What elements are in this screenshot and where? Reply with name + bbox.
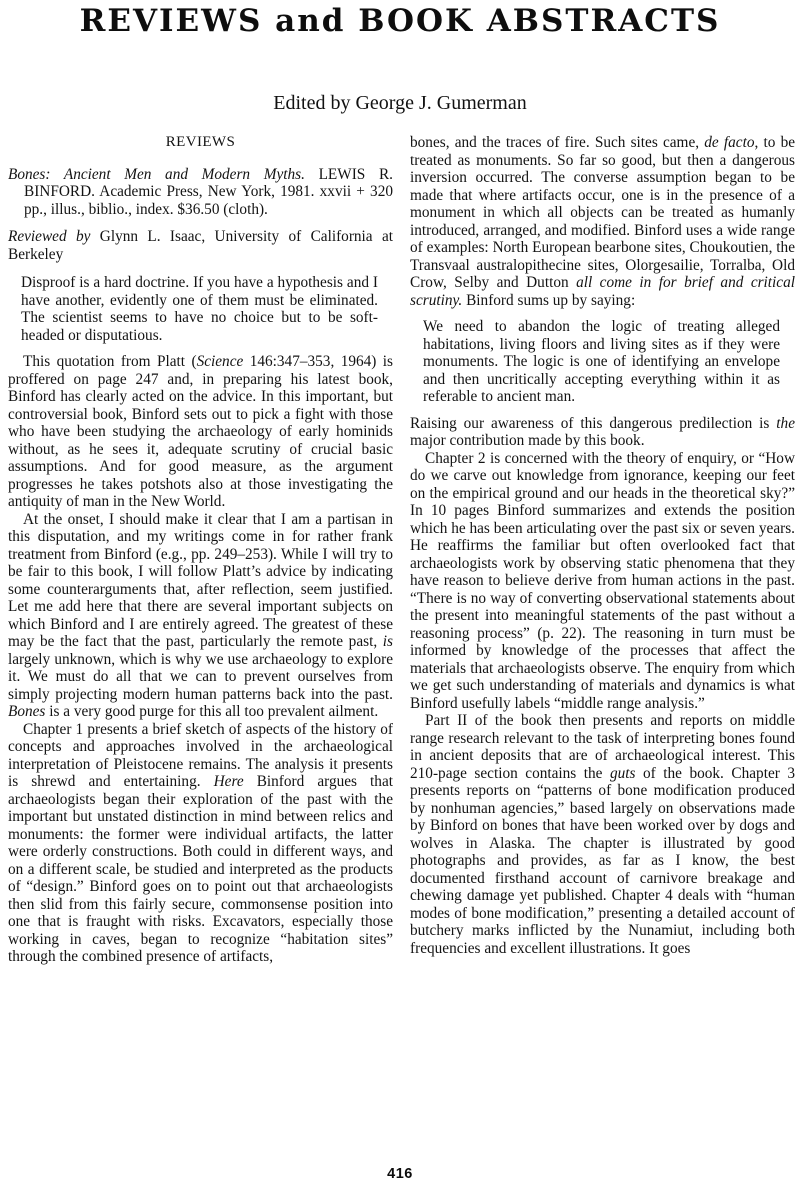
page-title: REVIEWS and BOOK ABSTRACTS [0,0,800,39]
right-column: bones, and the traces of fire. Such site… [410,134,795,966]
left-column: REVIEWS Bones: Ancient Men and Modern My… [8,134,393,966]
journal-page: REVIEWS and BOOK ABSTRACTS Edited by Geo… [0,0,800,1187]
review-paragraph: Chapter 1 presents a brief sketch of asp… [8,721,393,966]
binford-quote-block: We need to abandon the logic of treating… [423,318,780,406]
review-paragraph: This quotation from Platt (Science 146:3… [8,353,393,511]
platt-quote-block: Disproof is a hard doctrine. If you have… [21,274,378,344]
editor-line: Edited by George J. Gumerman [0,92,800,115]
page-number: 416 [0,1166,800,1182]
review-paragraph-continued: bones, and the traces of fire. Such site… [410,134,795,309]
review-paragraph: At the onset, I should make it clear tha… [8,511,393,721]
section-heading-reviews: REVIEWS [8,134,393,152]
two-column-text: REVIEWS Bones: Ancient Men and Modern My… [0,134,800,966]
reviewer-byline: Reviewed by Glynn L. Isaac, University o… [8,228,393,263]
review-paragraph: Part II of the book then presents and re… [410,712,795,957]
book-citation: Bones: Ancient Men and Modern Myths. LEW… [8,166,393,219]
review-paragraph: Chapter 2 is concerned with the theory o… [410,450,795,713]
review-paragraph: Raising our awareness of this dangerous … [410,415,795,450]
